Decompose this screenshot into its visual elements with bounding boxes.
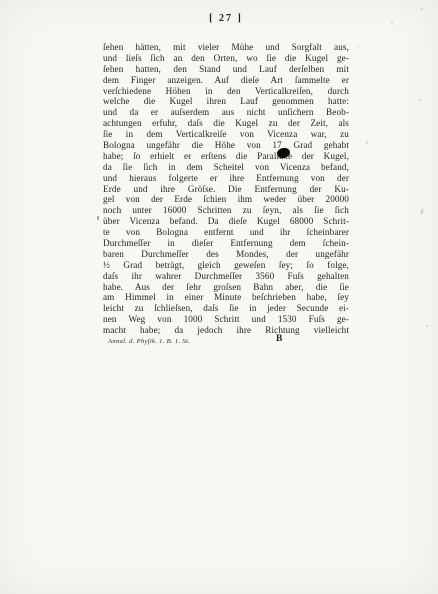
text-line: ſehen hätten, mit vieler Mühe und Sorgfa… xyxy=(103,42,349,53)
paper-speck xyxy=(426,325,428,327)
text-line: daſs ihr wahrer Durchmeſſer 3560 Fuſs ge… xyxy=(103,271,349,282)
text-line: welche die Kugel ihren Lauf genommen hat… xyxy=(103,96,349,107)
book-page-scan: [ 27 ] ſehen hätten, mit vieler Mühe und… xyxy=(0,0,438,594)
text-line: ½ Grad beträgt, gleich geweſen ſey; ſo f… xyxy=(103,260,349,271)
text-line: ſehen hatten, den Stand und Lauf derſelb… xyxy=(103,64,349,75)
signature-mark: B xyxy=(276,334,282,344)
text-line: achtungen erfuhr, daſs die Kugel zu der … xyxy=(103,118,349,129)
paper-speck xyxy=(420,209,423,214)
paper-speck xyxy=(97,216,99,220)
text-line: macht habe; da jedoch ihre Richtung viel… xyxy=(103,325,349,336)
text-line: da ſie ſich in dem Scheitel von Vicenza … xyxy=(103,162,349,173)
paper-speck xyxy=(357,45,359,47)
text-line: noch unter 16000 Schritten zu ſeyn, als … xyxy=(103,205,349,216)
text-line: und hieraus folgerte er ihre Entfernung … xyxy=(103,173,349,184)
paper-speck xyxy=(366,141,368,144)
text-line: Erde und ihre Gröſse. Die Entfernung der… xyxy=(103,184,349,195)
text-line: gel von der Erde ſchien ihm weder über 2… xyxy=(103,194,349,205)
text-line: und da er auſserdem aus nicht unſichern … xyxy=(103,107,349,118)
text-line: verſchiedene Höhen in den Verticalkreiſe… xyxy=(103,86,349,97)
text-line: te von Bologna entfernt und ihr ſcheinba… xyxy=(103,227,349,238)
text-line: habe. Aus der ſehr groſsen Bahn aber, di… xyxy=(103,282,349,293)
text-line: am Himmel in einer Minute beſchrieben ha… xyxy=(103,292,349,303)
page-number-header: [ 27 ] xyxy=(103,13,349,24)
paper-speck xyxy=(419,99,421,101)
text-line: und lieſs ſich an den Orten, wo ſie die … xyxy=(103,53,349,64)
text-line: Bologna ungefähr die Höhe von 17 Grad ge… xyxy=(103,140,349,151)
text-line: dem Finger anzeigen. Auf dieſe Art ſamme… xyxy=(103,75,349,86)
journal-signature: Annal. d. Phyſik. 1. B. 1. St. xyxy=(108,338,190,345)
text-line: nen Weg von 1000 Schritt und 1530 Fuſs g… xyxy=(103,314,349,325)
body-text: ſehen hätten, mit vieler Mühe und Sorgfa… xyxy=(103,42,349,336)
text-line: Durchmeſſer in dieſer Entfernung dem ſch… xyxy=(103,238,349,249)
paper-speck xyxy=(420,8,423,10)
text-line: ſie in dem Verticalkreiſe von Vicenza wa… xyxy=(103,129,349,140)
text-line: über Vicenza befand. Da dieſe Kugel 6800… xyxy=(103,216,349,227)
text-line: leicht zu ſchlieſsen, daſs ſie in jeder … xyxy=(103,303,349,314)
text-line: baren Durchmeſſer des Mondes, der ungefä… xyxy=(103,249,349,260)
paper-speck xyxy=(391,21,393,23)
text-line: habe; ſo erhielt er erſtens die Parallax… xyxy=(103,151,349,162)
